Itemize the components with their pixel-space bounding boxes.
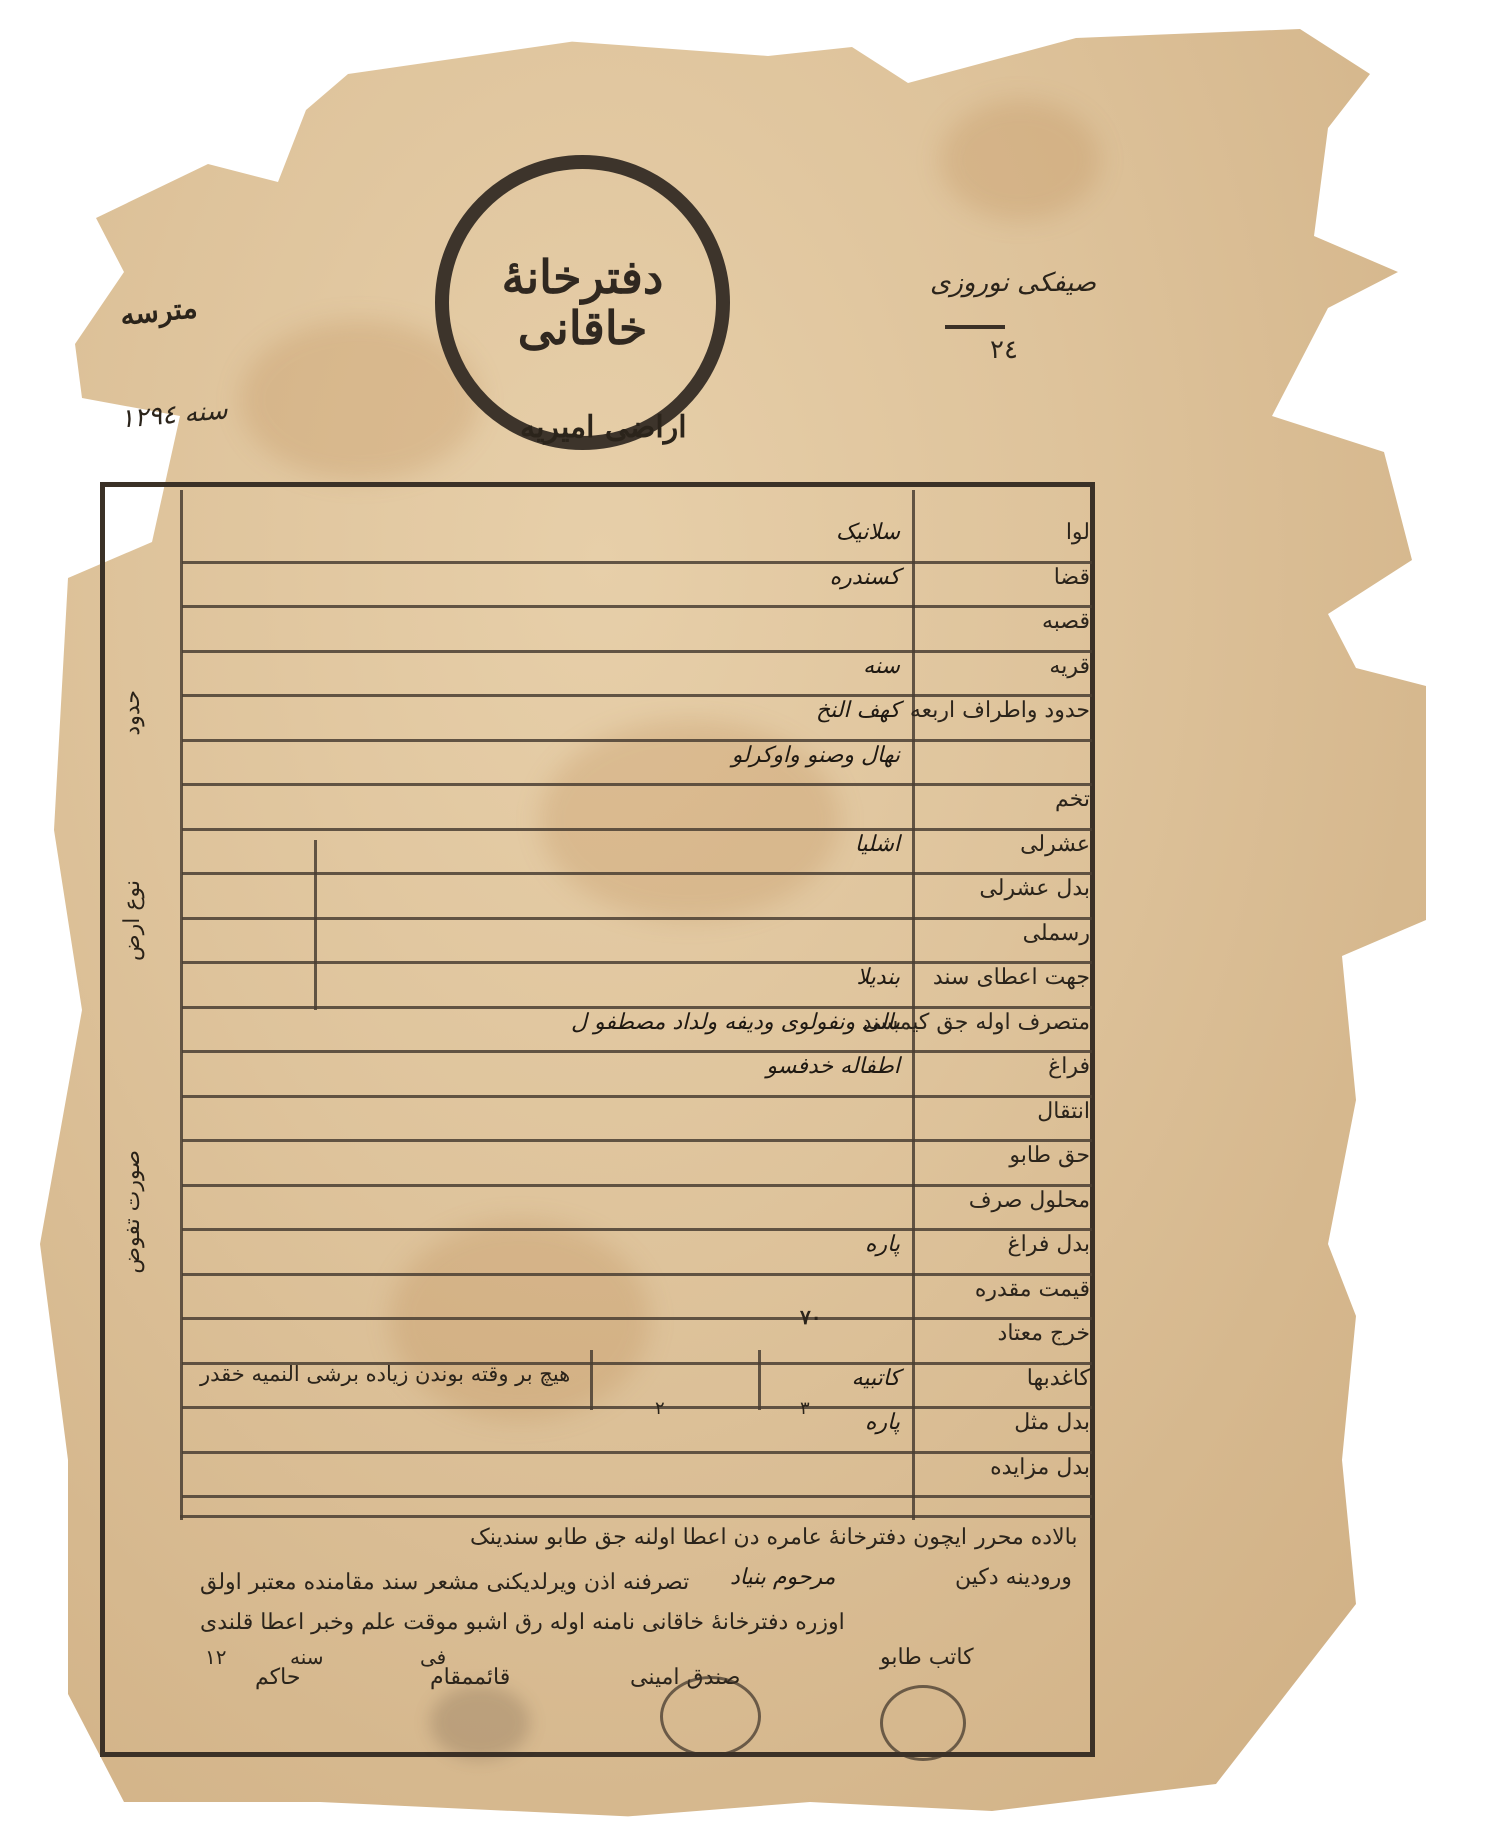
row-divider — [182, 650, 1092, 653]
row-divider — [182, 1273, 1092, 1276]
katibiye-value: ٢ — [655, 1398, 665, 1419]
field-value: کسندره — [830, 565, 900, 590]
field-label: جهت اعطای سند — [933, 965, 1090, 990]
footer-line2-hand: مرحوم بنیاد — [730, 1565, 835, 1590]
row-divider — [182, 739, 1092, 742]
field-label: خرج معتاد — [998, 1321, 1090, 1346]
field-value: نهال وصنو واوکرلو — [732, 743, 900, 768]
row-divider — [182, 1495, 1092, 1498]
field-label: انتقال — [1037, 1099, 1090, 1124]
row-divider — [182, 694, 1092, 697]
row-divider — [182, 1139, 1092, 1142]
side-label-land-type: نوع ارض — [120, 880, 145, 961]
stain — [940, 100, 1100, 220]
field-label: بدل عشرلی — [979, 876, 1090, 901]
kagitbaha-amount: ٣ — [800, 1398, 810, 1419]
treasurer-seal-stamp — [660, 1676, 761, 1757]
row-divider — [182, 1184, 1092, 1187]
field-value: اطفاله خدفسو — [766, 1054, 900, 1079]
row-divider — [182, 1317, 1092, 1320]
seal-text: دفترخانهٔ خاقانی — [449, 252, 716, 353]
field-label: حدود واطراف اربعه — [910, 698, 1090, 723]
katibiye-note: هیچ بر وقته بوندن زیاده برشی النمیه خقدر — [200, 1362, 570, 1386]
field-value: سلانیک — [836, 520, 900, 545]
field-label: لوا — [1066, 520, 1090, 545]
field-label: تخم — [1055, 787, 1090, 812]
field-label: بدل مزایده — [990, 1455, 1090, 1480]
field-value: بندیلا — [856, 965, 900, 990]
field-label: بدل مثل — [1014, 1410, 1090, 1435]
kaymakam-seal-smudge — [430, 1685, 530, 1760]
field-label: کاغدبها — [1027, 1366, 1090, 1391]
footer-line1-label: بالاده محرر — [975, 1525, 1077, 1550]
field-label: حق طابو — [1009, 1143, 1090, 1168]
katibiye-rule-2 — [758, 1350, 761, 1410]
signature-katib-tapu: کاتب طابو — [880, 1645, 974, 1670]
field-label: قریه — [1049, 654, 1090, 679]
header-arazi-emiriye: اراضی امیریه — [520, 410, 687, 445]
row-divider — [182, 961, 1092, 964]
row-divider — [182, 872, 1092, 875]
field-value: سنه — [863, 654, 900, 679]
field-value: پاره — [865, 1232, 900, 1257]
field-label: قضا — [1054, 565, 1090, 590]
footer-line3-text: اوزره دفترخانهٔ خاقانی نامنه اوله رق اشب… — [200, 1610, 845, 1635]
field-label: قیمت مقدره — [975, 1277, 1090, 1302]
field-value: کاتبیه — [852, 1366, 900, 1391]
footer-line1-text: ایچون دفترخانهٔ عامره دن اعطا اولنه جق ط… — [470, 1525, 967, 1550]
footer-rule — [180, 1515, 1092, 1518]
field-label: فراغ — [1048, 1054, 1090, 1079]
form-frame — [100, 482, 1095, 1757]
field-value: کهف النخ — [816, 698, 900, 723]
inner-box-rule — [314, 840, 317, 1010]
field-value: پاره — [865, 1410, 900, 1435]
defterhane-seal: دفترخانهٔ خاقانی — [435, 155, 730, 450]
row-divider — [182, 783, 1092, 786]
signature-hakim: حاکم — [255, 1665, 300, 1690]
field-label: رسملی — [1023, 921, 1090, 946]
row-divider — [182, 1006, 1092, 1009]
katib-seal-stamp — [880, 1685, 966, 1761]
row-divider — [182, 1050, 1092, 1053]
row-divider — [182, 917, 1092, 920]
field-label: محلول صرف — [969, 1188, 1090, 1213]
row-divider — [182, 1095, 1092, 1098]
header-underline — [945, 325, 1005, 329]
footer-line2-text: تصرفنه اذن ویرلدیکنی مشعر سند مقامنده مع… — [200, 1570, 689, 1595]
field-label: بدل فراغ — [1007, 1232, 1090, 1257]
footer-year: ١٢ — [205, 1645, 226, 1669]
field-label: قصبه — [1042, 609, 1090, 634]
side-label-hudud: حدود — [120, 690, 145, 736]
bedel-feragh-amount: ٧٠ — [800, 1305, 821, 1329]
row-divider — [182, 1451, 1092, 1454]
row-divider — [182, 828, 1092, 831]
side-label-disposal-form: صورت تفوض — [120, 1150, 145, 1274]
footer-line2-label: ورودینه دکین — [955, 1565, 1072, 1590]
field-value: اشلیا — [855, 832, 900, 857]
header-right-note: صیفکی نوروزی — [930, 268, 1096, 298]
field-value: بالی ونفولوی ودیفه ولداد مصطفو ل — [571, 1010, 900, 1035]
row-divider — [182, 1406, 1092, 1409]
field-label: عشرلی — [1020, 832, 1090, 857]
katibiye-rule-1 — [590, 1350, 593, 1410]
row-divider — [182, 1228, 1092, 1231]
row-divider — [182, 561, 1092, 564]
header-right-number: ٢٤ — [990, 335, 1018, 365]
row-divider — [182, 605, 1092, 608]
